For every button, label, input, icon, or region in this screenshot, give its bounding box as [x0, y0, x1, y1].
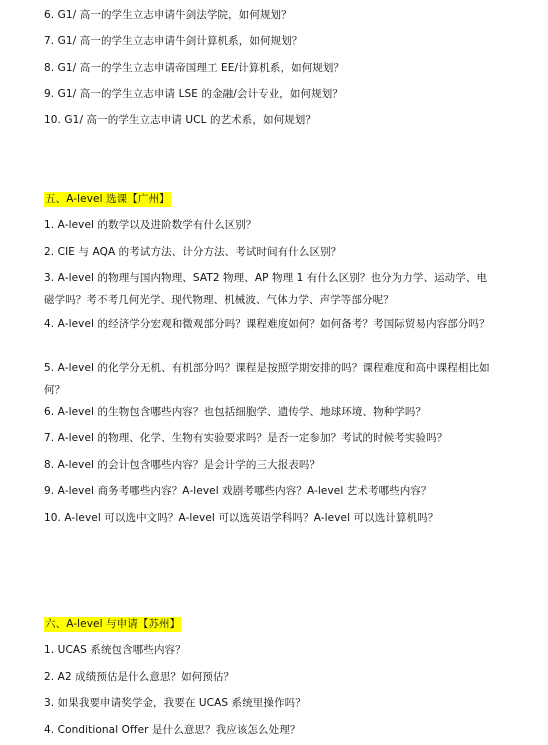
question-item: 3. 如果我要申请奖学金，我要在 UCAS 系统里操作吗？ — [44, 694, 306, 712]
question-item: 10. A-level 可以选中文吗？A-level 可以选英语学科吗？A-le… — [44, 509, 438, 527]
section-heading-6: 六、A-level 与申请【苏州】 — [44, 615, 181, 633]
question-item: 9. G1/ 高一的学生立志申请 LSE 的金融/会计专业，如何规划？ — [44, 85, 343, 103]
question-item: 4. Conditional Offer 是什么意思？我应该怎么处理？ — [44, 721, 300, 739]
question-item: 10. G1/ 高一的学生立志申请 UCL 的艺术系，如何规划？ — [44, 111, 316, 129]
question-item: 9. A-level 商务考哪些内容？A-level 戏剧考哪些内容？A-lev… — [44, 482, 432, 500]
question-item: 8. G1/ 高一的学生立志申请帝国理工 EE/计算机系，如何规划？ — [44, 59, 344, 77]
question-item: 2. CIE 与 AQA 的考试方法、计分方法、考试时间有什么区别？ — [44, 243, 341, 261]
section-heading-5: 五、A-level 选课【广州】 — [44, 190, 171, 208]
question-item: 7. G1/ 高一的学生立志申请牛剑计算机系，如何规划？ — [44, 32, 302, 50]
question-item: 7. A-level 的物理、化学、生物有实验要求吗？是否一定参加？考试的时候考… — [44, 429, 447, 447]
question-item: 3. A-level 的物理与国内物理、SAT2 物理、AP 物理 1 有什么区… — [44, 267, 492, 311]
highlighted-heading: 五、A-level 选课【广州】 — [44, 192, 171, 207]
question-item: 1. A-level 的数学以及进阶数学有什么区别？ — [44, 216, 257, 234]
question-item: 6. A-level 的生物包含哪些内容？也包括细胞学、遗传学、地球环境、物种学… — [44, 403, 426, 421]
question-item: 4. A-level 的经济学分宏观和微观部分吗？课程难度如何？如何备考？考国际… — [44, 313, 492, 335]
question-item: 6. G1/ 高一的学生立志申请牛剑法学院，如何规划？ — [44, 6, 292, 24]
question-item: 5. A-level 的化学分无机、有机部分吗？课程是按照学期安排的吗？课程难度… — [44, 357, 492, 401]
question-item: 8. A-level 的会计包含哪些内容？是会计学的三大报表吗？ — [44, 456, 320, 474]
question-item: 2. A2 成绩预估是什么意思？如何预估？ — [44, 668, 234, 686]
highlighted-heading: 六、A-level 与申请【苏州】 — [44, 617, 181, 632]
question-item: 1. UCAS 系统包含哪些内容？ — [44, 641, 186, 659]
